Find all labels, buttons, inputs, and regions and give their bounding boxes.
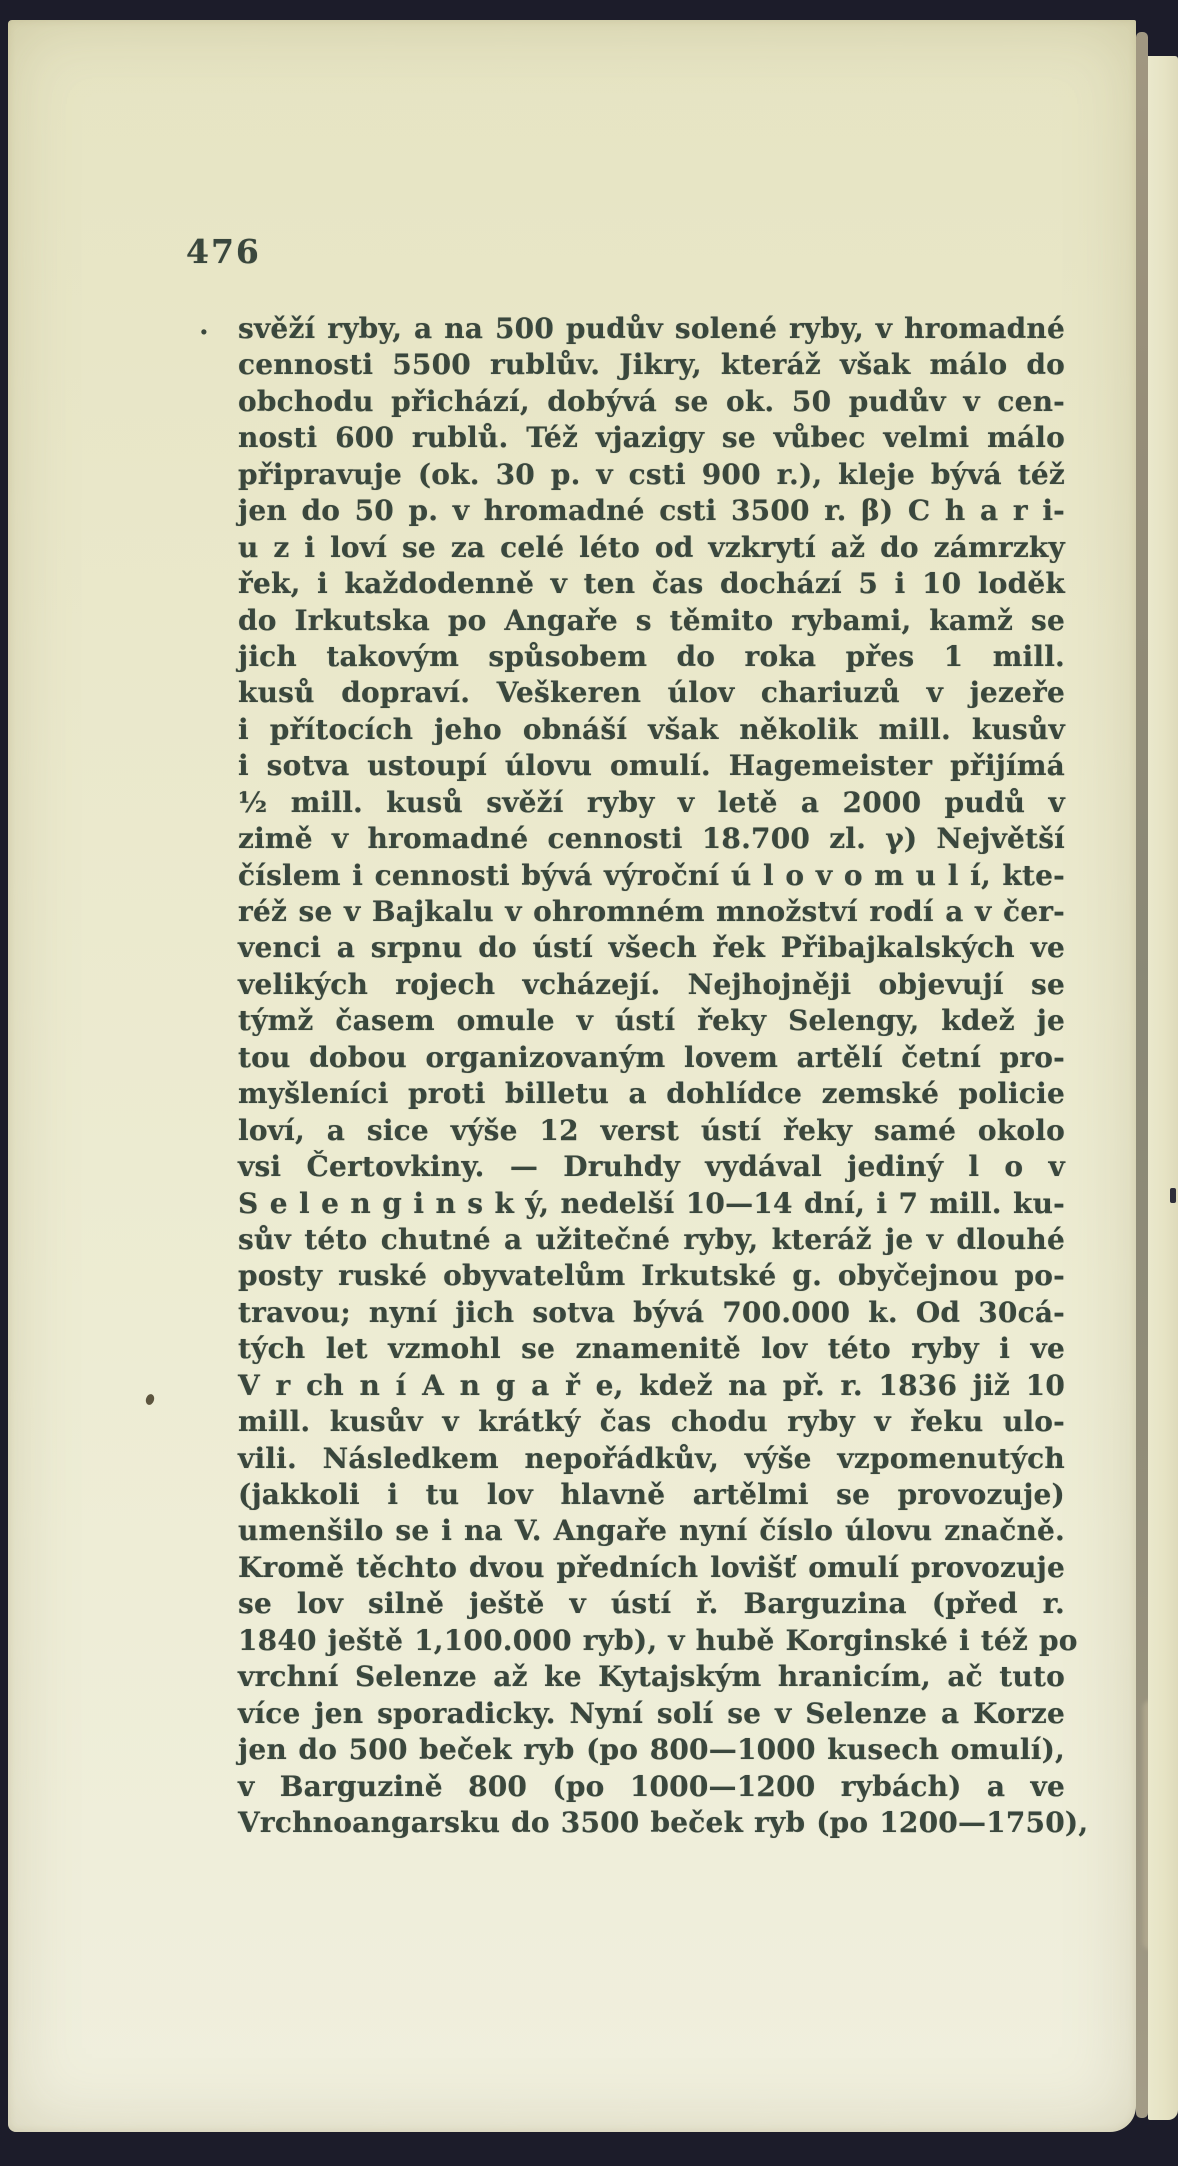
book-page: 476 . svěží ryby, a na 500 pudův solené … [8, 20, 1136, 2132]
text-line: venci a srpnu do ústí všech řek Přibajka… [238, 930, 1065, 966]
text-line: u z i loví se za celé léto od vzkrytí až… [238, 530, 1065, 566]
text-line: posty ruské obyvatelům Irkutské g. obyče… [238, 1258, 1065, 1294]
scanned-book-page: 476 . svěží ryby, a na 500 pudův solené … [0, 0, 1178, 2166]
text-line: mill. kusův v krátký čas chodu ryby v ře… [238, 1404, 1065, 1440]
text-line: Kromě těchto dvou předních lovišť omulí … [238, 1550, 1065, 1586]
text-line: připravuje (ok. 30 p. v csti 900 r.), kl… [238, 457, 1065, 493]
text-line: do Irkutska po Angaře s těmito rybami, k… [238, 603, 1065, 639]
text-line: více jen sporadicky. Nyní solí se v Sele… [238, 1696, 1065, 1732]
text-line: nosti 600 rublů. Též vjazigy se vůbec ve… [238, 420, 1065, 456]
text-line: jich takovým spůsobem do roka přes 1 mil… [238, 639, 1065, 675]
text-line: svěží ryby, a na 500 pudův solené ryby, … [238, 311, 1065, 347]
page-number: 476 [186, 232, 261, 271]
text-line: obchodu přichází, dobývá se ok. 50 pudův… [238, 384, 1065, 420]
text-line: V r ch n í A n g a ř e, kdež na př. r. 1… [238, 1368, 1065, 1404]
text-line: jen do 50 p. v hromadné csti 3500 r. β) … [238, 493, 1065, 529]
text-line: se lov silně ještě v ústí ř. Barguzina (… [238, 1586, 1065, 1622]
text-line: réž se v Bajkalu v ohromném množství rod… [238, 894, 1065, 930]
text-line: sův této chutné a užitečné ryby, kteráž … [238, 1222, 1065, 1258]
text-line: velikých rojech vcházejí. Nejhojněji obj… [238, 967, 1065, 1003]
text-line: 1840 ještě 1,100.000 ryb), v hubě Korgin… [238, 1623, 1065, 1659]
text-line: Vrchnoangarsku do 3500 beček ryb (po 120… [238, 1805, 1065, 1841]
text-line: umenšilo se i na V. Angaře nyní číslo úl… [238, 1513, 1065, 1549]
text-line: v Barguzině 800 (po 1000—1200 rybách) a … [238, 1769, 1065, 1805]
text-line: jen do 500 beček ryb (po 800—1000 kusech… [238, 1732, 1065, 1768]
text-line: vsi Čertovkiny. — Druhdy vydával jediný … [238, 1149, 1065, 1185]
text-line: vrchní Selenze až ke Kytajským hranicím,… [238, 1659, 1065, 1695]
text-line: i přítocích jeho obnáší však několik mil… [238, 712, 1065, 748]
text-line: ½ mill. kusů svěží ryby v letě a 2000 pu… [238, 785, 1065, 821]
text-line: i sotva ustoupí úlovu omulí. Hagemeister… [238, 748, 1065, 784]
text-line: myšleníci proti billetu a dohlídce zemsk… [238, 1076, 1065, 1112]
text-line: cennosti 5500 rublův. Jikry, kteráž však… [238, 347, 1065, 383]
text-line: řek, i každodenně v ten čas dochází 5 i … [238, 566, 1065, 602]
text-line: vili. Následkem nepořádkův, výše vzpomen… [238, 1441, 1065, 1477]
adjacent-page-edge [1148, 56, 1178, 2120]
text-line: travou; nyní jich sotva bývá 700.000 k. … [238, 1295, 1065, 1331]
text-line: zimě v hromadné cennosti 18.700 zl. γ) N… [238, 821, 1065, 857]
text-line: loví, a sice výše 12 verst ústí řeky sam… [238, 1113, 1065, 1149]
scan-artifact-speck [1170, 1188, 1176, 1203]
text-line: tou dobou organizovaným lovem artělí čet… [238, 1040, 1065, 1076]
text-line: (jakkoli i tu lov hlavně artělmi se prov… [238, 1477, 1065, 1513]
text-line: S e l e n g i n s k ý, nedelší 10—14 dní… [238, 1186, 1065, 1222]
stray-ink-mark: . [199, 308, 209, 341]
ink-speck [144, 1393, 155, 1406]
text-line: číslem i cennosti bývá výroční ú l o v o… [238, 858, 1065, 894]
text-line: týmž časem omule v ústí řeky Selengy, kd… [238, 1003, 1065, 1039]
text-line: tých let vzmohl se znamenitě lov této ry… [238, 1331, 1065, 1367]
text-line: kusů dopraví. Veškeren úlov chariuzů v j… [238, 675, 1065, 711]
body-text: svěží ryby, a na 500 pudův solené ryby, … [238, 311, 1065, 1841]
